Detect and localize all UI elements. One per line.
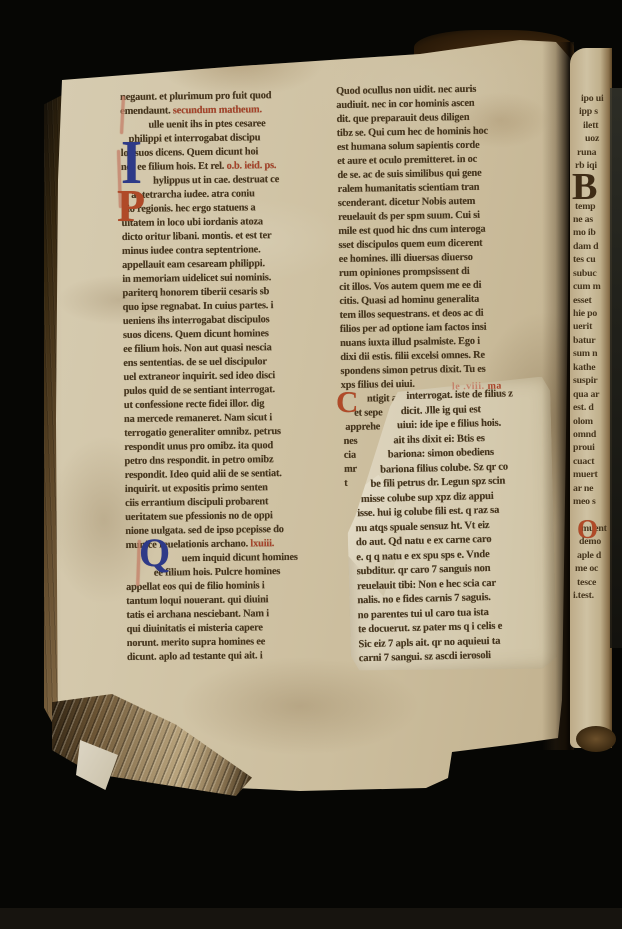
- rubric-segment: le .viii.: [452, 381, 488, 393]
- initial-Q: Q: [139, 533, 170, 573]
- text-segment: suos dicens. Quem dicunt homines: [123, 328, 269, 341]
- text-segment: nu atqs spuale sensuz ht. Vt eiz: [355, 520, 489, 534]
- text-segment: citis. Quasi ad hominu generalita: [339, 294, 479, 307]
- text-segment: cia: [344, 450, 356, 461]
- text-segment: i.test.: [573, 590, 594, 601]
- initial-B: B: [572, 168, 597, 206]
- text-segment: nuans iuxta illud psalmiste. Ego i: [340, 336, 480, 349]
- table-surface-edge: [0, 908, 622, 929]
- text-segment: in memoriam uidelicet sui nominis.: [122, 272, 271, 285]
- text-segment: est. d: [573, 402, 594, 413]
- text-segment: bariona filius colube. Sz qr co: [380, 461, 508, 475]
- text-segment: quo ipse regnabat. In cuius partes. i: [123, 300, 274, 313]
- text-segment: ne as: [573, 214, 593, 225]
- text-segment: mo ib: [573, 227, 596, 238]
- text-line: ar ne: [573, 482, 612, 495]
- text-segment: uerit: [573, 321, 592, 332]
- text-segment: ipo ui: [581, 93, 604, 104]
- text-line: tes cu: [573, 253, 612, 266]
- text-segment: reuelauit ds per spm suum. Cui si: [338, 210, 480, 223]
- text-segment: subditur. qr caro 7 sanguis non: [357, 563, 491, 577]
- text-segment: o.b. ieid. ps.: [226, 160, 276, 172]
- text-segment: uoz: [585, 133, 599, 144]
- text-segment: scenderant. dicetur Nobis autem: [338, 196, 475, 209]
- text-line: me oc: [573, 562, 612, 575]
- text-segment: uem inquid dicunt homines: [182, 552, 298, 564]
- text-segment: emendaunt.: [120, 105, 173, 117]
- text-segment: secundum matheum.: [173, 104, 262, 116]
- text-segment: me oc: [575, 563, 598, 574]
- text-line: uoz: [573, 132, 612, 145]
- text-segment: omnd: [573, 429, 596, 440]
- text-segment: uiui: ide ipe e filius hois.: [397, 418, 501, 432]
- text-segment: e. q q natu e ex spu sps e. Vnde: [356, 549, 489, 563]
- text-segment: ueritatem sue pfessionis no de oppi: [125, 510, 273, 523]
- text-segment: dicunt. aplo ad testante qui ait. i: [127, 650, 263, 663]
- text-segment: pariterq honorem tiberii cesaris sb: [122, 286, 269, 299]
- text-line: meo s: [573, 495, 612, 508]
- initial-O: O: [577, 516, 598, 543]
- text-segment: suspir: [573, 375, 597, 386]
- text-segment: qui diuinitatis ei misteria capere: [127, 622, 263, 635]
- text-segment: cuact: [573, 456, 594, 467]
- text-segment: ciis errantium discipuli probarent: [125, 496, 268, 509]
- text-segment: cum m: [573, 281, 601, 292]
- text-segment: dicto oritur libani. montis. et est ter: [122, 230, 272, 243]
- text-segment: subuc: [573, 268, 597, 279]
- text-segment: norunt. merito supra homines ee: [127, 636, 266, 649]
- text-segment: ee filium hois. Pulcre homines: [154, 566, 280, 579]
- text-segment: be fili petrus dr. Legun spz scin: [370, 476, 505, 490]
- text-segment: mr: [344, 464, 357, 475]
- text-line: muert: [573, 468, 612, 481]
- text-segment: do aut. Qd natu e ex carne caro: [356, 534, 492, 548]
- text-segment: batur: [573, 335, 595, 346]
- text-segment: bariona: simon obediens: [388, 447, 494, 461]
- text-segment: cit illos. Vos autem quem me ee di: [339, 280, 481, 293]
- text-segment: proui: [573, 442, 595, 453]
- text-line: tesce: [573, 576, 612, 589]
- text-segment: audiuit. nec in cor hominis ascen: [336, 98, 474, 111]
- text-segment: spondens simon petrus dixit. Tu es: [340, 364, 485, 377]
- text-segment: tem illos sequestrans. et deos ac di: [340, 308, 484, 321]
- text-line: i.test.: [573, 589, 612, 602]
- text-segment: tes cu: [573, 254, 595, 265]
- text-segment: et aure et oculo premitteret. in oc: [337, 154, 477, 167]
- text-segment: muert: [573, 469, 598, 480]
- text-line: ipo ui: [573, 92, 612, 105]
- text-segment: ipp s: [579, 106, 598, 117]
- text-segment: petro dns respondit. in petro omibz: [124, 454, 273, 467]
- text-line: ipp s: [573, 105, 612, 118]
- text-line: aple d: [573, 549, 612, 562]
- text-line: esset: [573, 294, 612, 307]
- text-segment: carni 7 sangui. sz ascdi ierosoli: [359, 650, 491, 664]
- text-line: hie po: [573, 307, 612, 320]
- text-segment: aple d: [577, 550, 601, 561]
- text-segment: apprehe: [345, 421, 380, 433]
- text-segment: nalis. no e fides carnis 7 saguis.: [357, 592, 491, 606]
- text-segment: uel extraneor inquirit. sed ideo disci: [123, 370, 275, 383]
- text-segment: no parentes tui ul caro tua ista: [358, 607, 489, 621]
- text-segment: est humana solum sapientis corde: [337, 140, 480, 153]
- initial-P: P: [117, 183, 145, 229]
- text-line: batur: [573, 334, 612, 347]
- text-line: cum m: [573, 280, 612, 293]
- text-segment: respondit unus pro omibz. ita quod: [124, 440, 273, 453]
- text-segment: hie po: [573, 308, 597, 319]
- text-line: suspir: [573, 374, 612, 387]
- text-segment: olom: [573, 416, 593, 427]
- text-segment: ut confessione recte fidei illor. dig: [124, 398, 264, 411]
- text-segment: ee homines. illi diuersas diuerso: [339, 252, 473, 265]
- text-line: uerit: [573, 320, 612, 333]
- text-segment: runa: [577, 147, 596, 158]
- text-segment: ar ne: [573, 483, 593, 494]
- manuscript-photo: negaunt. et plurimum pro fuit quodemenda…: [0, 0, 622, 929]
- text-line: olom: [573, 415, 612, 428]
- text-line: subuc: [573, 267, 612, 280]
- text-segment: filios per ad optione iam factos insi: [340, 322, 487, 335]
- text-segment: inquirit. ut expositis primo senten: [125, 482, 268, 495]
- text-line: dam d: [573, 240, 612, 253]
- text-segment: ee filium hois. Non aut quasi nescia: [123, 342, 272, 355]
- text-segment: at tetrarcha iudee. atra coniu: [131, 188, 255, 201]
- text-segment: reuelauit tibi: Non e hec scia car: [357, 577, 496, 591]
- text-line: dicunt. aplo ad testante qui ait. i: [127, 648, 345, 665]
- patch-rubric-heading: le .viii. ma: [452, 381, 502, 393]
- text-segment: t: [344, 478, 347, 489]
- text-segment: sum n: [573, 348, 597, 359]
- text-line: proui: [573, 441, 612, 454]
- text-segment: ralem humanitatis scientiam tran: [338, 182, 480, 195]
- text-segment: Quod ocullus non uidit. nec auris: [336, 84, 476, 97]
- text-line: mo ib: [573, 226, 612, 239]
- initial-C: C: [336, 386, 358, 417]
- text-segment: misse colube sup xpz diz appui: [361, 490, 494, 504]
- text-segment: appellat eos qui de filio hominis i: [126, 580, 265, 593]
- text-segment: terrogatio generaliter omnibz. petrus: [124, 426, 281, 439]
- text-segment: dicit. Jlle ig qui est: [401, 404, 481, 417]
- text-segment: respondit. Ideo quid alii de se sentiat.: [125, 468, 282, 481]
- text-segment: minus iudee contra septentrione.: [122, 244, 261, 257]
- text-line: qua ar: [573, 388, 612, 401]
- text-segment: pulos quid de se sentiant interrogat.: [124, 384, 275, 397]
- text-line: kathe: [573, 361, 612, 374]
- rubric-segment: ma: [487, 381, 502, 392]
- text-segment: dam d: [573, 241, 598, 252]
- text-segment: ilett: [583, 120, 598, 131]
- text-segment: philippi et interrogabat discipu: [129, 132, 261, 145]
- text-segment: tibz se. Qui cum hec de hominis hoc: [337, 126, 488, 139]
- text-segment: Sic eiz 7 apls ait. qr no aquieui ta: [358, 635, 500, 649]
- text-segment: hylippus ut in cae. destruat ce: [153, 174, 279, 187]
- text-segment: negaunt. et plurimum pro fuit quod: [120, 90, 271, 103]
- text-segment: kathe: [573, 362, 595, 373]
- text-segment: ulle uenit ihs in ptes cesaree: [148, 118, 265, 130]
- text-segment: de se. ac de suis similibus qui gene: [337, 168, 481, 181]
- text-segment: tatis ei archana nesciebant. Nam i: [126, 608, 269, 621]
- text-line: cuact: [573, 455, 612, 468]
- text-line: sum n: [573, 347, 612, 360]
- text-segment: appellauit eam cesaream philippi.: [122, 258, 265, 271]
- text-segment: esset: [573, 295, 592, 306]
- text-line: runa: [573, 146, 612, 159]
- text-segment: dixi dii estis. filii excelsi omnes. Re: [340, 350, 485, 363]
- text-segment: te docuerut. sz pater ms q i celis e: [358, 621, 502, 636]
- text-segment: lxuiii.: [250, 538, 274, 549]
- text-segment: ueniens ihs interrogabat discipulos: [123, 314, 270, 327]
- background-sliver: [610, 88, 622, 648]
- text-line: ne as: [573, 213, 612, 226]
- text-segment: dit. que preparauit deus diligen: [336, 112, 469, 125]
- text-line: ilett: [573, 119, 612, 132]
- text-segment: rum opiniones prompsissent di: [339, 266, 470, 279]
- text-line: est. d: [573, 401, 612, 414]
- text-segment: tesce: [577, 577, 596, 588]
- text-segment: nes: [344, 436, 358, 447]
- text-segment: tantum loqui nouerant. qui diuini: [126, 594, 268, 607]
- text-segment: sset discipulos quem eum dicerent: [338, 238, 482, 251]
- text-segment: na mercede remaneret. Nam sicut i: [124, 412, 272, 425]
- text-segment: mile est quod hic dns cum interoga: [338, 224, 485, 237]
- text-segment: qua ar: [573, 389, 599, 400]
- text-column-left: negaunt. et plurimum pro fuit quodemenda…: [120, 88, 345, 665]
- text-segment: ens sententias. de se uel discipulor: [123, 356, 267, 369]
- text-line: omnd: [573, 428, 612, 441]
- text-segment: isse. hui ig colube fili est. q raz sa: [357, 505, 499, 519]
- text-segment: meo s: [573, 496, 596, 507]
- text-segment: ait ihs dixit ei: Btis es: [393, 433, 484, 446]
